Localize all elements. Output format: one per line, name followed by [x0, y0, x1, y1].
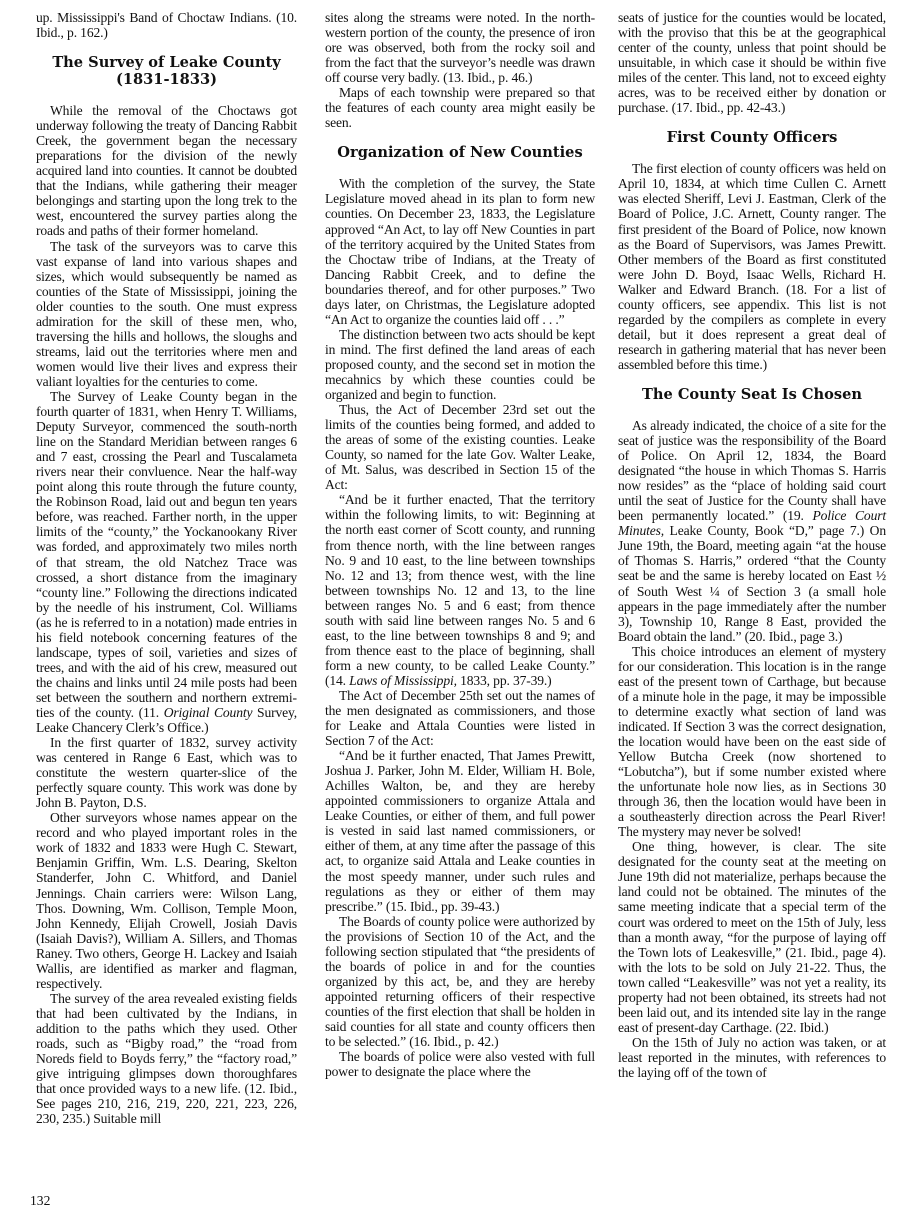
paragraph: With the completion of the survey, the S…	[325, 176, 595, 326]
paragraph: As already indicated, the choice of a si…	[618, 418, 886, 644]
paragraph: Maps of each township were prepared so t…	[325, 85, 595, 130]
paragraph-text: “And be it further enacted, That James P…	[325, 748, 595, 913]
paragraph: The distinction between two acts should …	[325, 327, 595, 402]
section-heading-line: (1831-1833)	[36, 71, 297, 88]
paragraph-text: “And be it further enacted, That the ter…	[325, 492, 595, 688]
paragraph-text: The boards of police were also vested wi…	[325, 1049, 595, 1079]
paragraph-text: The Act of December 25th set out the nam…	[325, 688, 595, 748]
paragraph-text: In the first quarter of 1832, survey act…	[36, 735, 297, 810]
paragraph: “And be it further enacted, That James P…	[325, 748, 595, 914]
paragraph: The boards of police were also vested wi…	[325, 1049, 595, 1079]
paragraph: The task of the surveyors was to carve t…	[36, 239, 297, 389]
paragraph: The Boards of county police were author­…	[325, 914, 595, 1049]
paragraph: “And be it further enacted, That the ter…	[325, 492, 595, 688]
section-heading: The County Seat Is Chosen	[618, 386, 886, 403]
paragraph: The survey of the area revealed existing…	[36, 991, 297, 1126]
paragraph-text: This choice introduces an element of mys…	[618, 644, 886, 840]
column-1: up. Mississippi's Band of Choctaw Indian…	[36, 10, 297, 1126]
paragraph: sites along the streams were noted. In t…	[325, 10, 595, 85]
paragraph: This choice introduces an element of mys…	[618, 644, 886, 840]
paragraph-text: One thing, however, is clear. The site d…	[618, 839, 886, 1035]
paragraph: seats of justice for the counties would …	[618, 10, 886, 115]
page-number: 132	[30, 1193, 50, 1209]
paragraph: Other surveyors whose names appear on th…	[36, 810, 297, 991]
paragraph: One thing, however, is clear. The site d…	[618, 839, 886, 1035]
column-2: sites along the streams were noted. In t…	[325, 10, 595, 1079]
paragraph: On the 15th of July no action was taken,…	[618, 1035, 886, 1080]
paragraph-text: The distinction between two acts should …	[325, 327, 595, 402]
paragraph-text: The Boards of county police were author­…	[325, 914, 595, 1049]
section-heading: Organization of New Counties	[325, 144, 595, 161]
column-3: seats of justice for the counties would …	[618, 10, 886, 1080]
paragraph: Thus, the Act of December 23rd set out t…	[325, 402, 595, 492]
paragraph: While the removal of the Choctaws got un…	[36, 103, 297, 238]
paragraph-text: seats of justice for the counties would …	[618, 10, 886, 115]
section-heading-line: The County Seat Is Chosen	[618, 386, 886, 403]
citation-title: Laws of Mississippi,	[349, 673, 457, 688]
paragraph-text: Other surveyors whose names appear on th…	[36, 810, 297, 991]
section-heading: The Survey of Leake County(1831-1833)	[36, 54, 297, 88]
section-heading-line: First County Officers	[618, 129, 886, 146]
paragraph: The Act of December 25th set out the nam…	[325, 688, 595, 748]
citation-title: Original County	[164, 705, 253, 720]
section-heading-line: Organization of New Counties	[325, 144, 595, 161]
paragraph-text: sites along the streams were noted. In t…	[325, 10, 595, 85]
paragraph-text: Maps of each township were prepared so t…	[325, 85, 595, 130]
section-heading-line: The Survey of Leake County	[36, 54, 297, 71]
paragraph-text: The task of the surveyors was to carve t…	[36, 239, 297, 389]
paragraph-text: up. Mississippi's Band of Choctaw Indian…	[36, 10, 297, 40]
paragraph: The first election of county officers wa…	[618, 161, 886, 372]
section-heading: First County Officers	[618, 129, 886, 146]
paragraph: The Survey of Leake County began in the …	[36, 389, 297, 735]
paragraph-text-continued: 1833, pp. 37-39.)	[457, 673, 552, 688]
paragraph-text: The Survey of Leake County began in the …	[36, 389, 297, 720]
paragraph-text: The first election of county officers wa…	[618, 161, 886, 372]
paragraph-text: The survey of the area revealed existing…	[36, 991, 297, 1126]
paragraph-text: While the removal of the Choctaws got un…	[36, 103, 297, 238]
paragraph-text: Thus, the Act of December 23rd set out t…	[325, 402, 595, 492]
paragraph-text: With the completion of the survey, the S…	[325, 176, 595, 326]
paragraph: up. Mississippi's Band of Choctaw Indian…	[36, 10, 297, 40]
paragraph-text: On the 15th of July no action was taken,…	[618, 1035, 886, 1080]
paragraph-text-continued: Leake County, Book “D,” page 7.) On June…	[618, 523, 886, 643]
paragraph: In the first quarter of 1832, survey act…	[36, 735, 297, 810]
